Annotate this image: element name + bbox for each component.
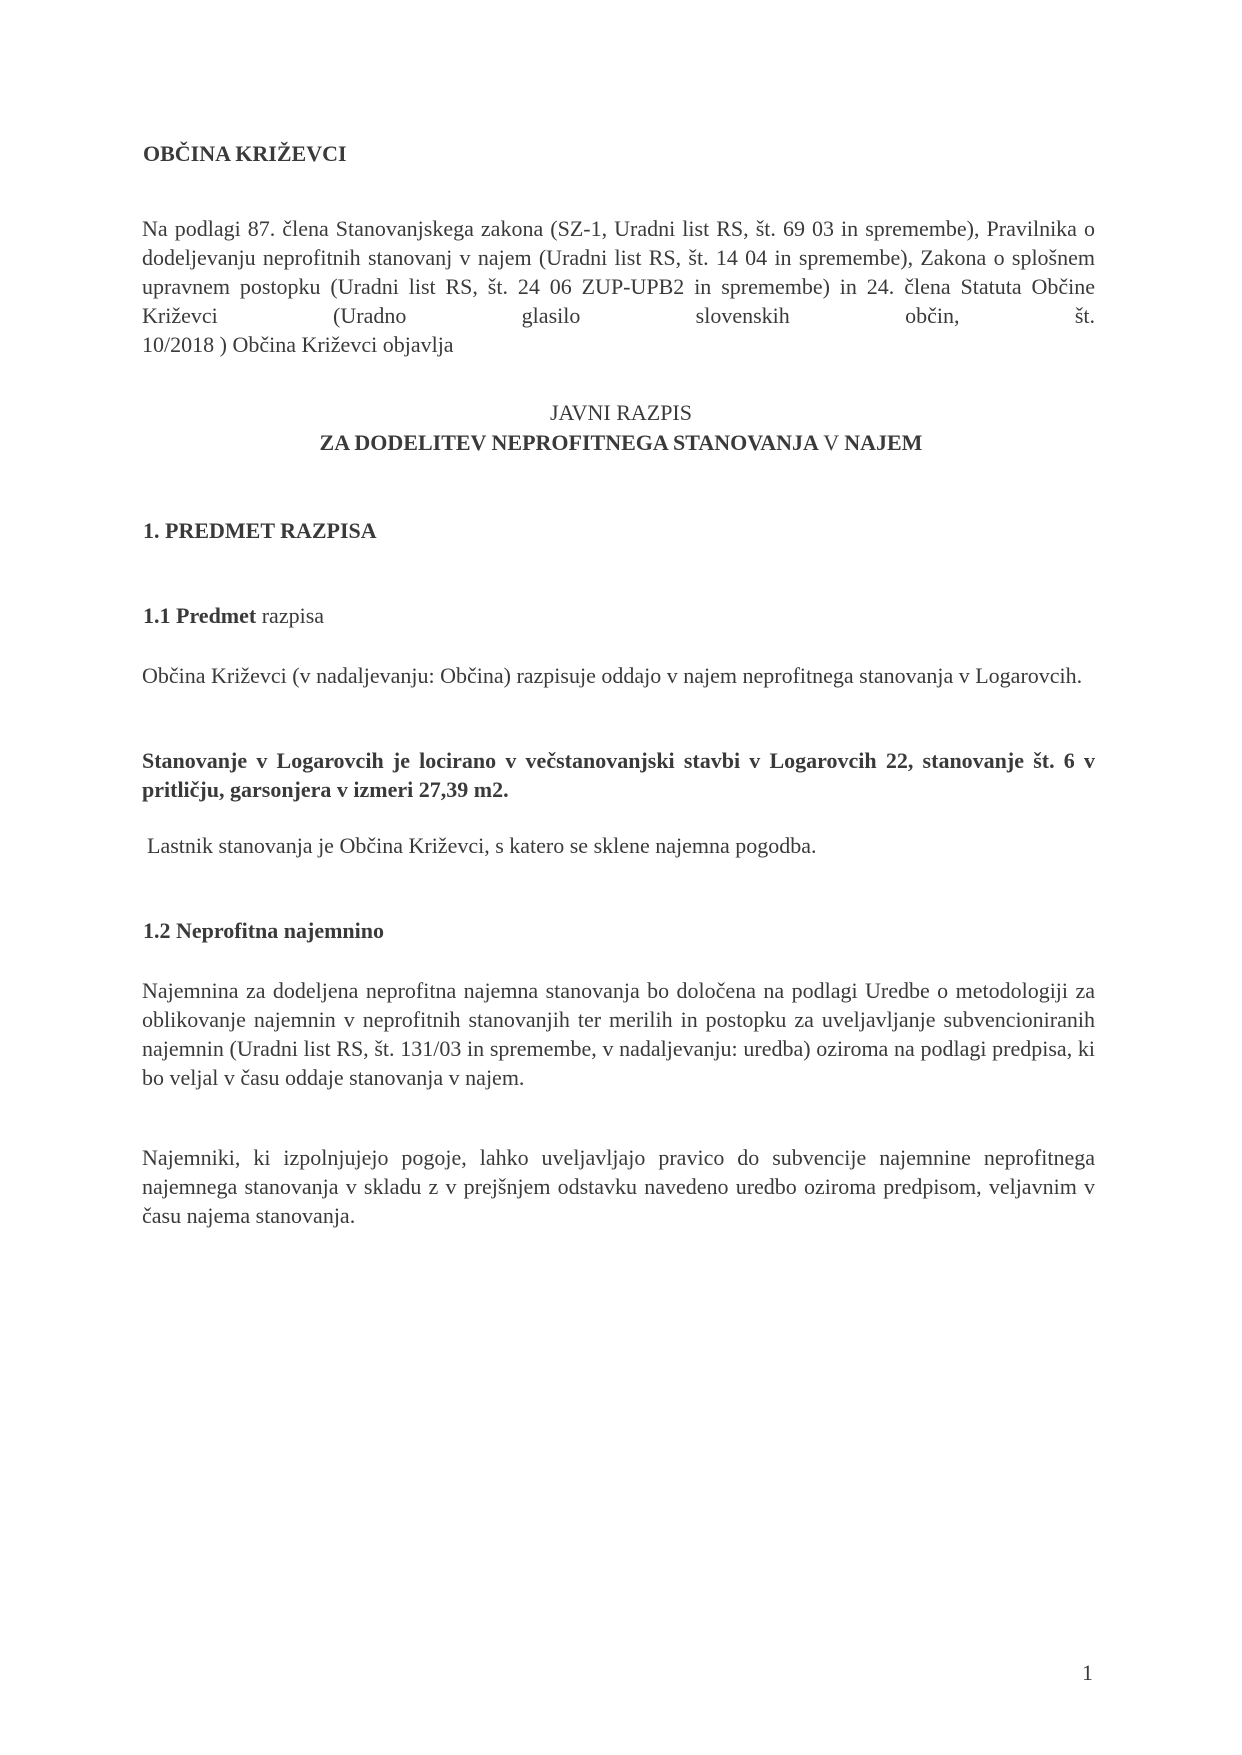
document-subtitle-part1: ZA DODELITEV NEPROFITNEGA STANOVANJA bbox=[320, 430, 824, 455]
section-1-1-heading-bold: 1.1 Predmet bbox=[143, 603, 256, 628]
document-subtitle-part2: V bbox=[823, 430, 844, 455]
page-number: 1 bbox=[1082, 1660, 1093, 1686]
paragraph-subject: Občina Križevci (v nadaljevanju: Občina)… bbox=[142, 661, 1095, 690]
intro-paragraph-body: Na podlagi 87. člena Stanovanjskega zako… bbox=[142, 214, 1095, 330]
paragraph-rent: Najemnina za dodeljena neprofitna najemn… bbox=[142, 976, 1095, 1092]
paragraph-apartment-location: Stanovanje v Logarovcih je locirano v ve… bbox=[142, 746, 1095, 804]
intro-paragraph: Na podlagi 87. člena Stanovanjskega zako… bbox=[142, 214, 1095, 359]
paragraph-owner: Lastnik stanovanja je Občina Križevci, s… bbox=[147, 831, 1100, 860]
section-1-1-heading: 1.1 Predmet razpisa bbox=[143, 603, 324, 629]
section-1-1-heading-normal: razpisa bbox=[256, 603, 324, 628]
paragraph-subsidy: Najemniki, ki izpolnjujejo pogoje, lahko… bbox=[142, 1143, 1095, 1230]
section-1-heading: 1. PREDMET RAZPISA bbox=[143, 518, 377, 544]
municipality-heading: OBČINA KRIŽEVCI bbox=[143, 141, 347, 167]
intro-paragraph-last-line: 10/2018 ) Občina Križevci objavlja bbox=[142, 330, 1095, 359]
document-title: JAVNI RAZPIS bbox=[0, 400, 1242, 426]
document-subtitle: ZA DODELITEV NEPROFITNEGA STANOVANJA V N… bbox=[0, 430, 1242, 456]
section-1-2-heading: 1.2 Neprofitna najemnino bbox=[143, 918, 384, 944]
document-subtitle-part3: NAJEM bbox=[844, 430, 922, 455]
document-page: OBČINA KRIŽEVCI Na podlagi 87. člena Sta… bbox=[0, 0, 1242, 1755]
